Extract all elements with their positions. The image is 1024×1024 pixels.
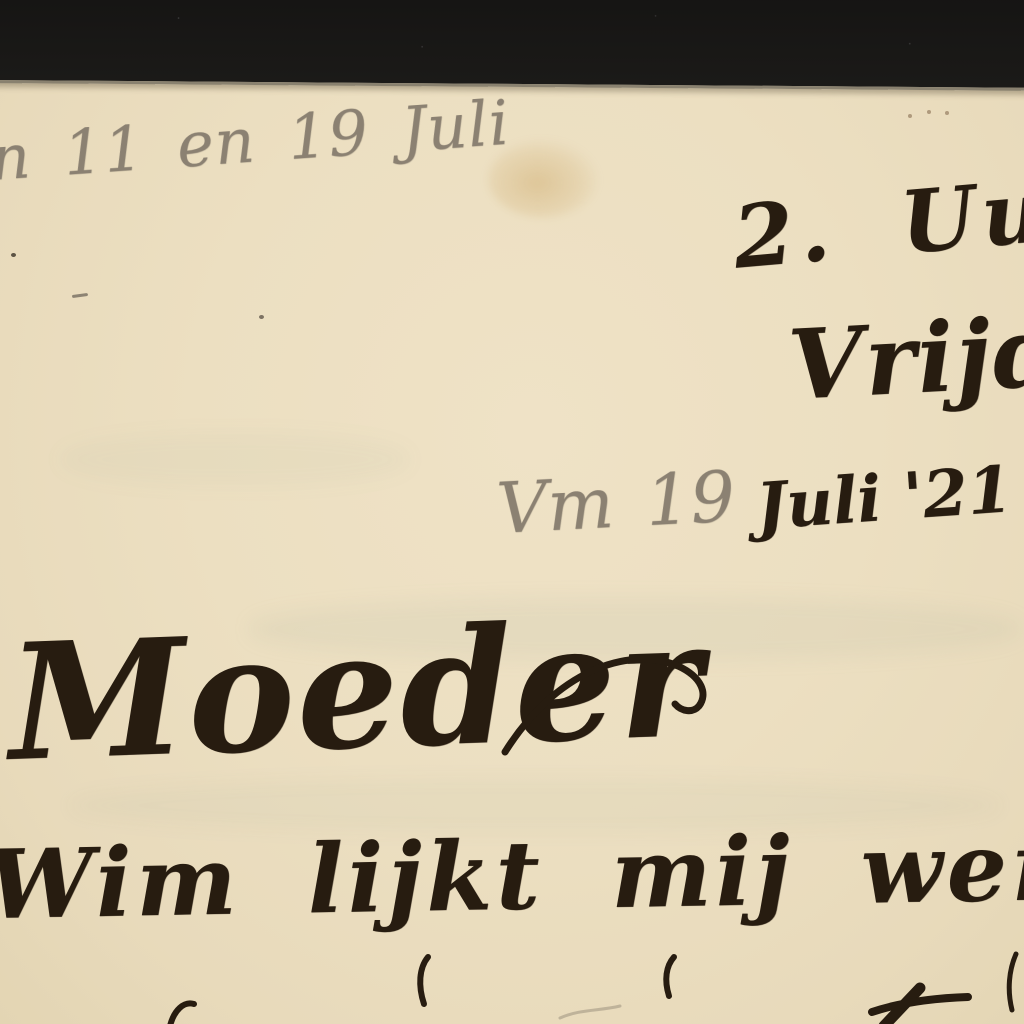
pencil-dot bbox=[945, 111, 949, 115]
paper-speck bbox=[259, 315, 264, 319]
ink-showthrough-band bbox=[60, 432, 410, 487]
salutation-moeder: Moeder bbox=[6, 599, 707, 783]
ink-date-juli-21: Juli '21 bbox=[754, 458, 1014, 540]
paper-speck bbox=[11, 253, 16, 257]
pencil-annotation-vm19: Vm 19 bbox=[495, 462, 737, 544]
scanned-letter: n 11 en 19 Juli 2. Uur Vrijdag Vm 19 Jul… bbox=[0, 0, 1024, 1024]
ink-heading-line-2: Vrijdag bbox=[786, 297, 1024, 414]
pencil-dot bbox=[908, 114, 912, 118]
pencil-dot bbox=[927, 110, 931, 114]
body-text-line-1: Wim lijkt mij werkelijk bbox=[0, 814, 1024, 933]
scanner-background-band bbox=[0, 0, 1024, 91]
